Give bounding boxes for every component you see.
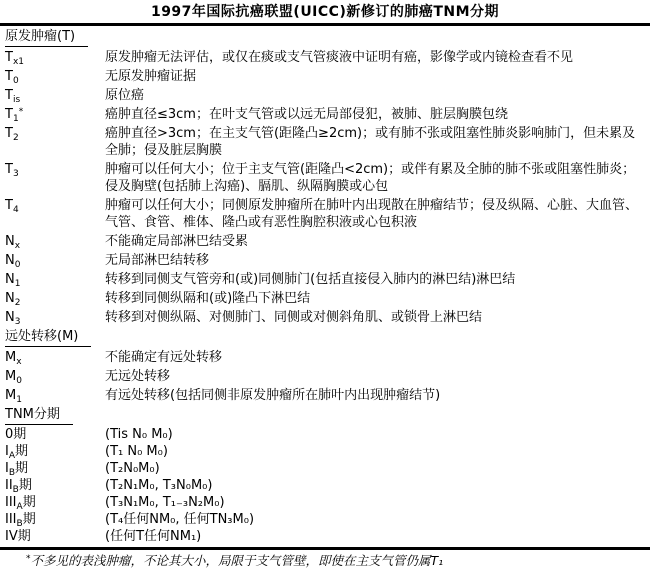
table-row: Tis 原位癌 [5,87,644,104]
row-label-text: II [5,478,13,493]
footnote-text: 不多见的表浅肿瘤，不论其大小，局限于支气管壁，即使在主支气管仍属T₁ [31,553,444,568]
section-rows-tnm-stages: 0期 (Tis N₀ M₀) IA期 (T₁ N₀ M₀) IB期 (T₂N₀M… [5,427,644,545]
row-description: (Tis N₀ M₀) [105,427,644,443]
row-description: 转移到同侧支气管旁和(或)同侧肺门(包括直接侵入肺内的淋巴结)淋巴结 [105,271,644,288]
row-label: T2 [5,125,105,142]
row-label-subscript: 3 [15,317,21,327]
footer-block: *不多见的表浅肿瘤，不论其大小，局限于支气管壁，即使在主支气管仍属T₁ [0,547,650,568]
row-label: M0 [5,368,105,385]
table-row: T1* 癌肿直径≤3cm；在叶支气管或以远无局部侵犯，被肺、脏层胸膜包绕 [5,106,644,123]
row-description: 有远处转移(包括同侧非原发肿瘤所在肺叶内出现肿瘤结节) [105,387,644,404]
row-description: (T₃N₁M₀, T₁₋₃N₂M₀) [105,495,644,511]
table-row: IIB期 (T₂N₁M₀, T₃N₀M₀) [5,478,644,494]
row-label-suffix: 期 [18,529,31,544]
row-label-suffix: 期 [19,478,32,493]
row-label: T4 [5,197,105,214]
row-description: 转移到对侧纵隔、对侧肺门、同侧或对侧斜角肌、或锁骨上淋巴结 [105,309,644,326]
table-row: 0期 (Tis N₀ M₀) [5,427,644,443]
row-description: (T₄任何NM₀, 任何TN₃M₀) [105,512,644,528]
table-row: N3 转移到对侧纵隔、对侧肺门、同侧或对侧斜角肌、或锁骨上淋巴结 [5,309,644,326]
row-label-suffix: 期 [15,461,28,476]
section-rows-primary-tumor: Tx1 原发肿瘤无法评估，或仅在痰或支气管痰液中证明有癌，影像学或内镜检查看不见… [5,49,644,326]
row-label-text: III [5,495,17,510]
row-label-text: N [5,291,15,306]
row-label-subscript: 0 [16,376,22,386]
table-row: T3 肿瘤可以任何大小；位于主支气管(距隆凸<2cm)；或伴有累及全肺的肺不张或… [5,161,644,195]
row-label-subscript: 4 [13,205,19,215]
row-label-text: N [5,234,15,249]
row-label-text: III [5,512,17,527]
row-label: T0 [5,68,105,85]
row-description: 不能确定有远处转移 [105,349,644,366]
footnote: *不多见的表浅肿瘤，不论其大小，局限于支气管壁，即使在主支气管仍属T₁ [0,550,650,568]
row-description: (T₂N₁M₀, T₃N₀M₀) [105,478,644,494]
row-label-subscript: 0 [15,260,21,270]
row-description: 癌肿直径≤3cm；在叶支气管或以远无局部侵犯，被肺、脏层胸膜包绕 [105,106,644,123]
row-description: (T₂N₀M₀) [105,461,644,477]
row-description: 原发肿瘤无法评估，或仅在痰或支气管痰液中证明有癌，影像学或内镜检查看不见 [105,49,644,66]
row-label: N0 [5,252,105,269]
row-label-suffix: 期 [23,512,36,527]
table-row: Tx1 原发肿瘤无法评估，或仅在痰或支气管痰液中证明有癌，影像学或内镜检查看不见 [5,49,644,66]
row-label-text: IV [5,529,18,544]
row-label-text: T [5,107,13,122]
section-heading-primary-tumor: 原发肿瘤(T) [5,29,88,47]
row-label-subscript: 2 [13,133,19,143]
row-label: IIIB期 [5,512,105,528]
row-label-subscript: 1 [16,395,22,405]
table-row: IIIB期 (T₄任何NM₀, 任何TN₃M₀) [5,512,644,528]
table-row: T2 癌肿直径>3cm；在主支气管(距隆凸≥2cm)；或有肺不张或阻塞性肺炎影响… [5,125,644,159]
row-label: Tx1 [5,49,105,66]
row-description: 肿瘤可以任何大小；位于主支气管(距隆凸<2cm)；或伴有累及全肺的肺不张或阻塞性… [105,161,644,195]
table-row: N1 转移到同侧支气管旁和(或)同侧肺门(包括直接侵入肺内的淋巴结)淋巴结 [5,271,644,288]
row-description: 转移到同侧纵隔和(或)隆凸下淋巴结 [105,290,644,307]
row-label-text: M [5,350,16,365]
row-label-text: N [5,272,15,287]
row-description: 肿瘤可以任何大小；同侧原发肿瘤所在肺叶内出现散在肿瘤结节；侵及纵隔、心脏、大血管… [105,197,644,231]
section-heading-distant-metastasis: 远处转移(M) [5,329,91,347]
row-label-text: T [5,50,13,65]
table-row: IIIA期 (T₃N₁M₀, T₁₋₃N₂M₀) [5,495,644,511]
row-label-subscript: x1 [13,57,24,67]
row-label-subscript: 1 [15,279,21,289]
row-label: Tis [5,87,105,104]
row-label-subscript: 2 [15,298,21,308]
row-description: 癌肿直径>3cm；在主支气管(距隆凸≥2cm)；或有肺不张或阻塞性肺炎影响肺门，… [105,125,644,159]
table-row: N2 转移到同侧纵隔和(或)隆凸下淋巴结 [5,290,644,307]
table-row: M0 无远处转移 [5,368,644,385]
table-row: Mx 不能确定有远处转移 [5,349,644,366]
row-description: 无远处转移 [105,368,644,385]
table-row: IA期 (T₁ N₀ M₀) [5,444,644,460]
section-tnm-stages: TNM分期 0期 (Tis N₀ M₀) IA期 (T₁ N₀ M₀) IB期 … [5,406,644,545]
row-label-text: N [5,310,15,325]
row-label-subscript: is [13,95,20,105]
row-label-text: T [5,198,13,213]
section-primary-tumor: 原发肿瘤(T) Tx1 原发肿瘤无法评估，或仅在痰或支气管痰液中证明有癌，影像学… [5,28,644,326]
table-row: N0 无局部淋巴结转移 [5,252,644,269]
table-row: M1 有远处转移(包括同侧非原发肿瘤所在肺叶内出现肿瘤结节) [5,387,644,404]
section-heading-tnm-stages: TNM分期 [5,407,73,425]
row-label: Nx [5,233,105,250]
table-row: T4 肿瘤可以任何大小；同侧原发肿瘤所在肺叶内出现散在肿瘤结节；侵及纵隔、心脏、… [5,197,644,231]
row-label-text: N [5,253,15,268]
row-label-subscript: 3 [13,169,19,179]
row-label-subscript: x [15,241,20,251]
row-label-subscript: 0 [13,76,19,86]
row-label-suffix: 期 [23,495,36,510]
row-label: N1 [5,271,105,288]
table-row: T0 无原发肿瘤证据 [5,68,644,85]
row-label: T1* [5,106,105,123]
row-label-subscript: x [16,357,21,367]
tnm-staging-document: 1997年国际抗癌联盟(UICC)新修订的肺癌TNM分期 原发肿瘤(T) Tx1… [0,0,650,572]
row-label: IB期 [5,461,105,477]
staging-table: 原发肿瘤(T) Tx1 原发肿瘤无法评估，或仅在痰或支气管痰液中证明有癌，影像学… [0,26,650,545]
page-title: 1997年国际抗癌联盟(UICC)新修订的肺癌TNM分期 [0,0,650,21]
row-label: M1 [5,387,105,404]
row-label-suffix: 期 [13,427,26,442]
row-label-text: T [5,69,13,84]
row-label-text: M [5,388,16,403]
row-label: IA期 [5,444,105,460]
row-label: IIB期 [5,478,105,494]
row-label-text: T [5,162,13,177]
section-distant-metastasis: 远处转移(M) Mx 不能确定有远处转移 M0 无远处转移 M1 有远处转移(包… [5,328,644,404]
row-description: (任何T任何NM₁) [105,529,644,545]
table-row: IV期 (任何T任何NM₁) [5,529,644,545]
row-label: T3 [5,161,105,178]
row-description: (T₁ N₀ M₀) [105,444,644,460]
row-label: Mx [5,349,105,366]
row-label: N3 [5,309,105,326]
row-label: 0期 [5,427,105,443]
row-label-suffix: 期 [15,444,28,459]
row-description: 无原发肿瘤证据 [105,68,644,85]
row-description: 无局部淋巴结转移 [105,252,644,269]
row-label: IV期 [5,529,105,545]
row-description: 不能确定局部淋巴结受累 [105,233,644,250]
row-label-text: M [5,369,16,384]
row-label-text: T [5,126,13,141]
row-label: IIIA期 [5,495,105,511]
row-description: 原位癌 [105,87,644,104]
row-label: N2 [5,290,105,307]
row-label-superscript: * [19,107,24,117]
table-row: IB期 (T₂N₀M₀) [5,461,644,477]
row-label-text: T [5,88,13,103]
table-row: Nx 不能确定局部淋巴结受累 [5,233,644,250]
section-rows-distant-metastasis: Mx 不能确定有远处转移 M0 无远处转移 M1 有远处转移(包括同侧非原发肿瘤… [5,349,644,404]
